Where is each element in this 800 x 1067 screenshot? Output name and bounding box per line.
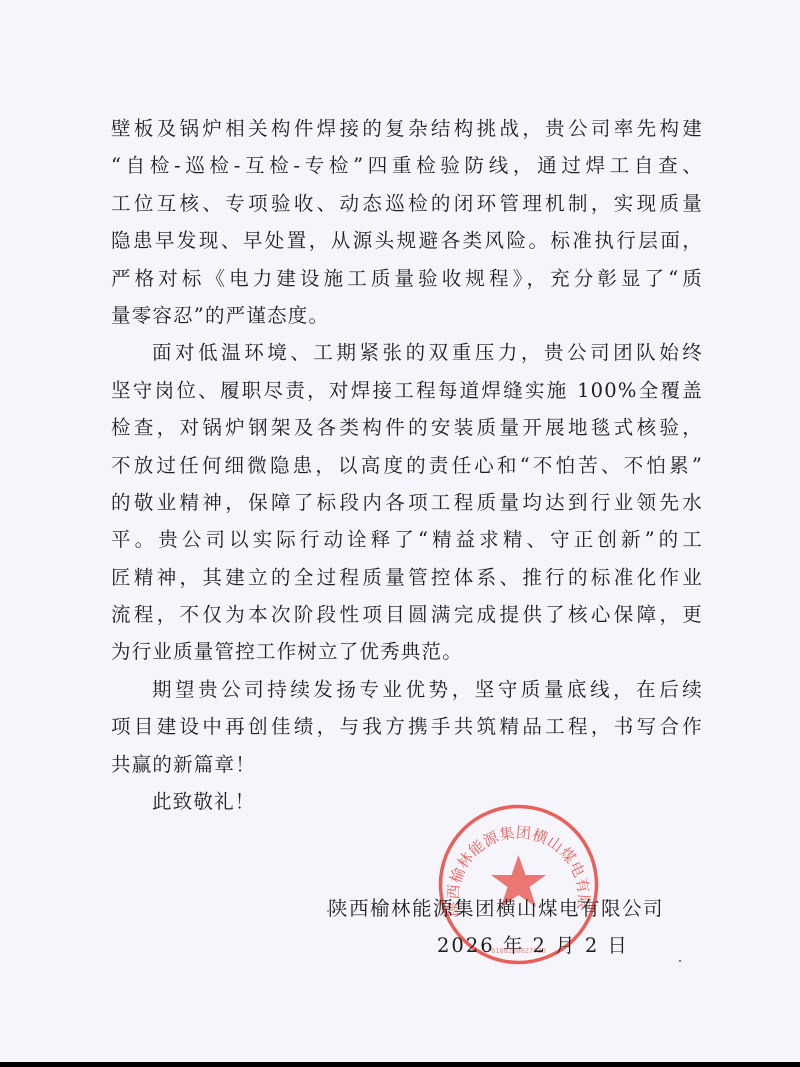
closing: 此致敬礼！ <box>111 783 703 820</box>
scan-speck <box>679 960 681 962</box>
text-line: 项目建设中再创佳绩，与我方携手共筑精品工程，书写合作 <box>111 708 703 745</box>
text-line: “自检-巡检-互检-专检”四重检验防线，通过焊工自查、 <box>111 147 703 184</box>
scan-speck <box>327 910 329 912</box>
text-line: 壁板及锅炉相关构件焊接的复杂结构挑战，贵公司率先构建 <box>111 110 703 147</box>
text-line: 匠精神，其建立的全过程质量管控体系、推行的标准化作业 <box>111 559 703 596</box>
text-line: 严格对标《电力建设施工质量验收规程》，充分彰显了“质 <box>111 260 703 297</box>
text-line: 面对低温环境、工期紧张的双重压力，贵公司团队始终 <box>111 334 703 371</box>
text-line: 期望贵公司持续发扬专业优势，坚守质量底线，在后续 <box>111 671 703 708</box>
text-line: 不放过任何细微隐患，以高度的责任心和“不怕苦、不怕累” <box>111 447 703 484</box>
paragraph-2: 面对低温环境、工期紧张的双重压力，贵公司团队始终 坚守岗位、履职尽责，对焊接工程… <box>111 334 703 671</box>
letter-body: 壁板及锅炉相关构件焊接的复杂结构挑战，贵公司率先构建 “自检-巡检-互检-专检”… <box>111 110 703 820</box>
text-line: 量零容忍”的严谨态度。 <box>111 297 703 334</box>
paragraph-3: 期望贵公司持续发扬专业优势，坚守质量底线，在后续 项目建设中再创佳绩，与我方携手… <box>111 671 703 783</box>
closing-salutation: 此致敬礼！ <box>111 783 703 820</box>
paragraph-1: 壁板及锅炉相关构件焊接的复杂结构挑战，贵公司率先构建 “自检-巡检-互检-专检”… <box>111 110 703 334</box>
text-line: 隐患早发现、早处置，从源头规避各类风险。标准执行层面， <box>111 222 703 259</box>
text-line: 检查，对锅炉钢架及各类构件的安装质量开展地毯式核验， <box>111 409 703 446</box>
text-line: 坚守岗位、履职尽责，对焊接工程每道焊缝实施 100%全覆盖 <box>111 372 703 409</box>
text-line: 流程，不仅为本次阶段性项目圆满完成提供了核心保障，更 <box>111 596 703 633</box>
letter-page: 壁板及锅炉相关构件焊接的复杂结构挑战，贵公司率先构建 “自检-巡检-互检-专检”… <box>0 0 800 1062</box>
text-line: 共赢的新篇章！ <box>111 746 703 783</box>
text-line: 的敬业精神，保障了标段内各项工程质量均达到行业领先水 <box>111 484 703 521</box>
scan-border <box>0 1062 800 1067</box>
text-line: 平。贵公司以实际行动诠释了“精益求精、守正创新”的工 <box>111 521 703 558</box>
signature-date: 2026 年 2 月 2 日 <box>437 930 629 958</box>
text-line: 为行业质量管控工作树立了优秀典范。 <box>111 633 703 670</box>
signature-organization: 陕西榆林能源集团横山煤电有限公司 <box>328 893 664 921</box>
text-line: 工位互核、专项验收、动态巡检的闭环管理机制，实现质量 <box>111 185 703 222</box>
